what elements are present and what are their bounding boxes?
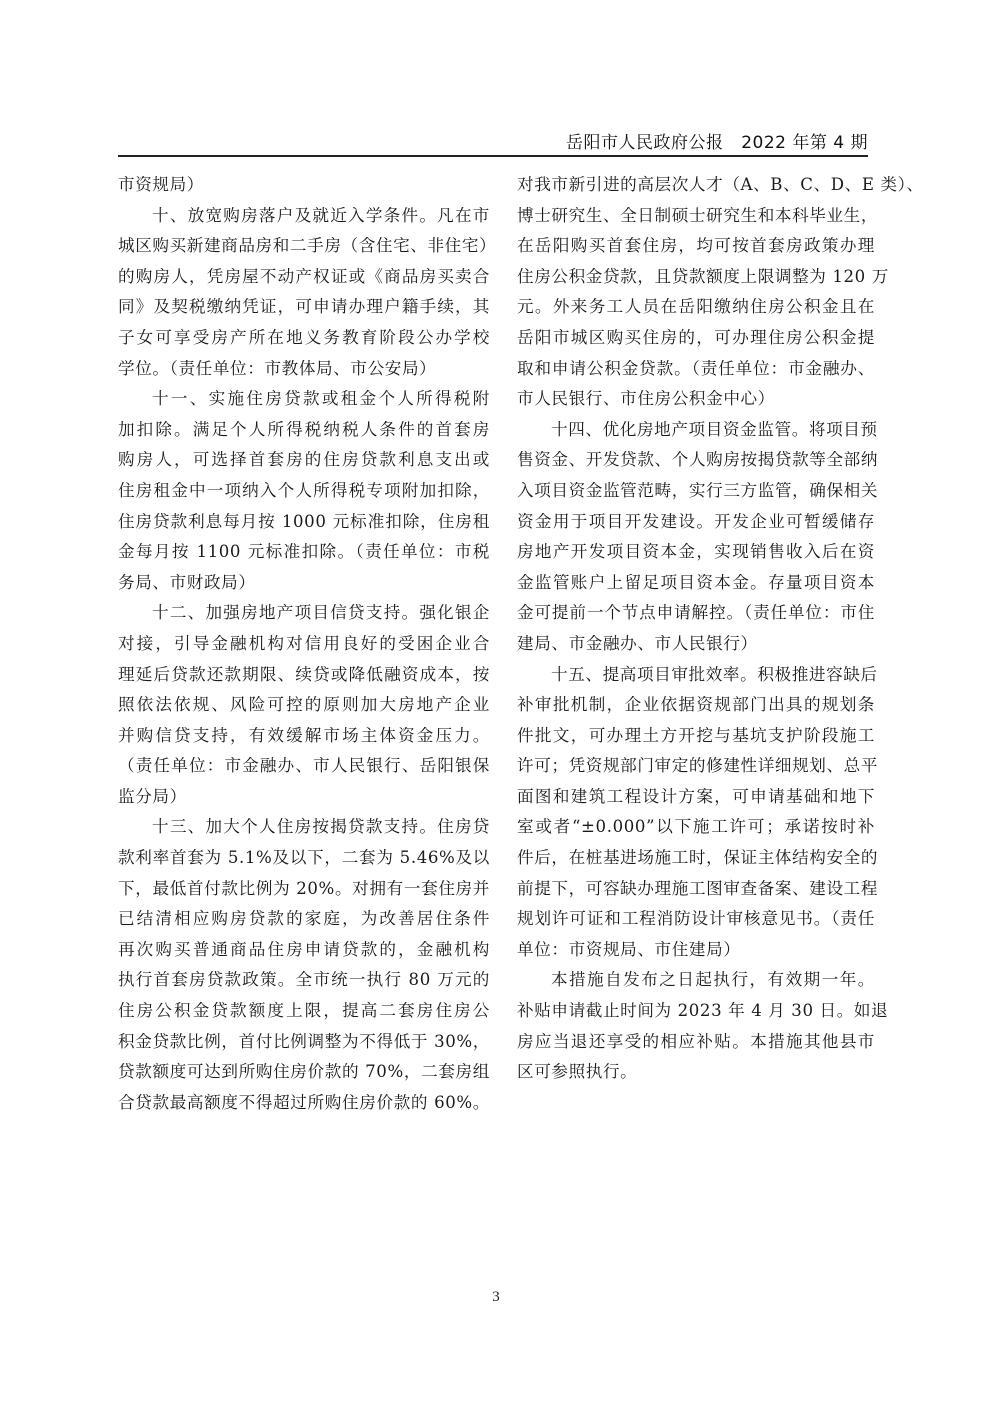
text-line: 房应当退还享受的相应补贴。本措施其他县市 <box>517 1027 875 1058</box>
text-line: 规划许可证和工程消防设计审核意见书。（责任 <box>517 904 875 935</box>
text-line: 照依法依规、风险可控的原则加大房地产企业 <box>118 690 490 721</box>
text-line: 对接，引导金融机构对信用良好的受困企业合 <box>118 629 490 660</box>
text-line: 执行首套房贷款政策。全市统一执行 80 万元的 <box>118 965 490 996</box>
text-line: 同》及契税缴纳凭证，可申请办理户籍手续，其 <box>118 292 490 323</box>
text-line: 建局、市金融办、市人民银行） <box>517 629 875 660</box>
text-line: 住房公积金贷款，且贷款额度上限调整为 120 万 <box>517 262 875 293</box>
text-line: 市人民银行、市住房公积金中心） <box>517 384 875 415</box>
page-number: 3 <box>0 1289 992 1306</box>
right-column: 对我市新引进的高层次人才（A、B、C、D、E 类）、博士研究生、全日制硕士研究生… <box>517 170 875 1088</box>
text-line: 件批文，可办理土方开挖与基坑支护阶段施工 <box>517 721 875 752</box>
header-rule <box>118 155 868 157</box>
text-line: 子女可享受房产所在地义务教育阶段公办学校 <box>118 323 490 354</box>
text-line: 入项目资金监管范畴，实行三方监管，确保相关 <box>517 476 875 507</box>
text-line: （责任单位：市金融办、市人民银行、岳阳银保 <box>118 751 490 782</box>
text-line: 住房贷款利息每月按 1000 元标准扣除，住房租 <box>118 507 490 538</box>
text-line: 岳阳市城区购买住房的，可办理住房公积金提 <box>517 323 875 354</box>
text-line: 十三、加大个人住房按揭贷款支持。住房贷 <box>118 812 490 843</box>
text-line: 十、放宽购房落户及就近入学条件。凡在市 <box>118 201 490 232</box>
text-line: 理延后贷款还款期限、续贷或降低融资成本，按 <box>118 660 490 691</box>
text-line: 下，最低首付款比例为 20%。对拥有一套住房并 <box>118 874 490 905</box>
text-line: 住房租金中一项纳入个人所得税专项附加扣除， <box>118 476 490 507</box>
text-line: 十五、提高项目审批效率。积极推进容缺后 <box>517 660 875 691</box>
text-line: 购房人，可选择首套房的住房贷款利息支出或 <box>118 445 490 476</box>
text-line: 积金贷款比例，首付比例调整为不得低于 30%， <box>118 1027 490 1058</box>
text-line: 再次购买普通商品住房申请贷款的，金融机构 <box>118 935 490 966</box>
text-line: 对我市新引进的高层次人才（A、B、C、D、E 类）、 <box>517 170 875 201</box>
text-line: 室或者“±0.000”以下施工许可；承诺按时补 <box>517 812 875 843</box>
text-line: 并购信贷支持，有效缓解市场主体资金压力。 <box>118 721 490 752</box>
text-line: 在岳阳购买首套住房，均可按首套房政策办理 <box>517 231 875 262</box>
text-line: 城区购买新建商品房和二手房（含住宅、非住宅） <box>118 231 490 262</box>
text-line: 金可提前一个节点申请解控。（责任单位：市住 <box>517 598 875 629</box>
text-line: 取和申请公积金贷款。（责任单位：市金融办、 <box>517 354 875 385</box>
text-line: 务局、市财政局） <box>118 568 490 599</box>
publication-title: 岳阳市人民政府公报 <box>566 133 724 153</box>
text-line: 区可参照执行。 <box>517 1057 875 1088</box>
text-line: 件后，在桩基进场施工时，保证主体结构安全的 <box>517 843 875 874</box>
text-line: 前提下，可容缺办理施工图审查备案、建设工程 <box>517 874 875 905</box>
issue-label: 2022 年第 4 期 <box>741 133 868 153</box>
text-line: 十二、加强房地产项目信贷支持。强化银企 <box>118 598 490 629</box>
text-line: 加扣除。满足个人所得税纳税人条件的首套房 <box>118 415 490 446</box>
text-line: 售资金、开发贷款、个人购房按揭贷款等全部纳 <box>517 445 875 476</box>
text-line: 房地产开发项目资本金，实现销售收入后在资 <box>517 537 875 568</box>
text-line: 单位：市资规局、市住建局） <box>517 935 875 966</box>
text-line: 市资规局） <box>118 170 490 201</box>
text-line: 金每月按 1100 元标准扣除。（责任单位：市税 <box>118 537 490 568</box>
header-publication-issue: 岳阳市人民政府公报 2022 年第 4 期 <box>566 128 868 153</box>
text-line: 元。外来务工人员在岳阳缴纳住房公积金且在 <box>517 292 875 323</box>
text-line: 学位。（责任单位：市教体局、市公安局） <box>118 354 490 385</box>
text-line: 博士研究生、全日制硕士研究生和本科毕业生， <box>517 201 875 232</box>
text-line: 十一、实施住房贷款或租金个人所得税附 <box>118 384 490 415</box>
text-line: 补贴申请截止时间为 2023 年 4 月 30 日。如退 <box>517 996 875 1027</box>
text-line: 住房公积金贷款额度上限，提高二套房住房公 <box>118 996 490 1027</box>
text-line: 许可；凭资规部门审定的修建性详细规划、总平 <box>517 751 875 782</box>
text-line: 已结清相应购房贷款的家庭，为改善居住条件 <box>118 904 490 935</box>
text-line: 贷款额度可达到所购住房价款的 70%，二套房组 <box>118 1057 490 1088</box>
text-line: 款利率首套为 5.1%及以下，二套为 5.46%及以 <box>118 843 490 874</box>
text-line: 面图和建筑工程设计方案，可申请基础和地下 <box>517 782 875 813</box>
text-line: 监分局） <box>118 782 490 813</box>
text-line: 合贷款最高额度不得超过所购住房价款的 60%。 <box>118 1088 490 1119</box>
text-line: 十四、优化房地产项目资金监管。将项目预 <box>517 415 875 446</box>
text-line: 资金用于项目开发建设。开发企业可暂缓储存 <box>517 507 875 538</box>
text-line: 金监管账户上留足项目资本金。存量项目资本 <box>517 568 875 599</box>
text-line: 补审批机制，企业依据资规部门出具的规划条 <box>517 690 875 721</box>
running-header: 岳阳市人民政府公报 2022 年第 4 期 <box>118 128 868 154</box>
left-column: 市资规局）十、放宽购房落户及就近入学条件。凡在市城区购买新建商品房和二手房（含住… <box>118 170 490 1118</box>
text-line: 本措施自发布之日起执行，有效期一年。 <box>517 965 875 996</box>
text-line: 的购房人，凭房屋不动产权证或《商品房买卖合 <box>118 262 490 293</box>
